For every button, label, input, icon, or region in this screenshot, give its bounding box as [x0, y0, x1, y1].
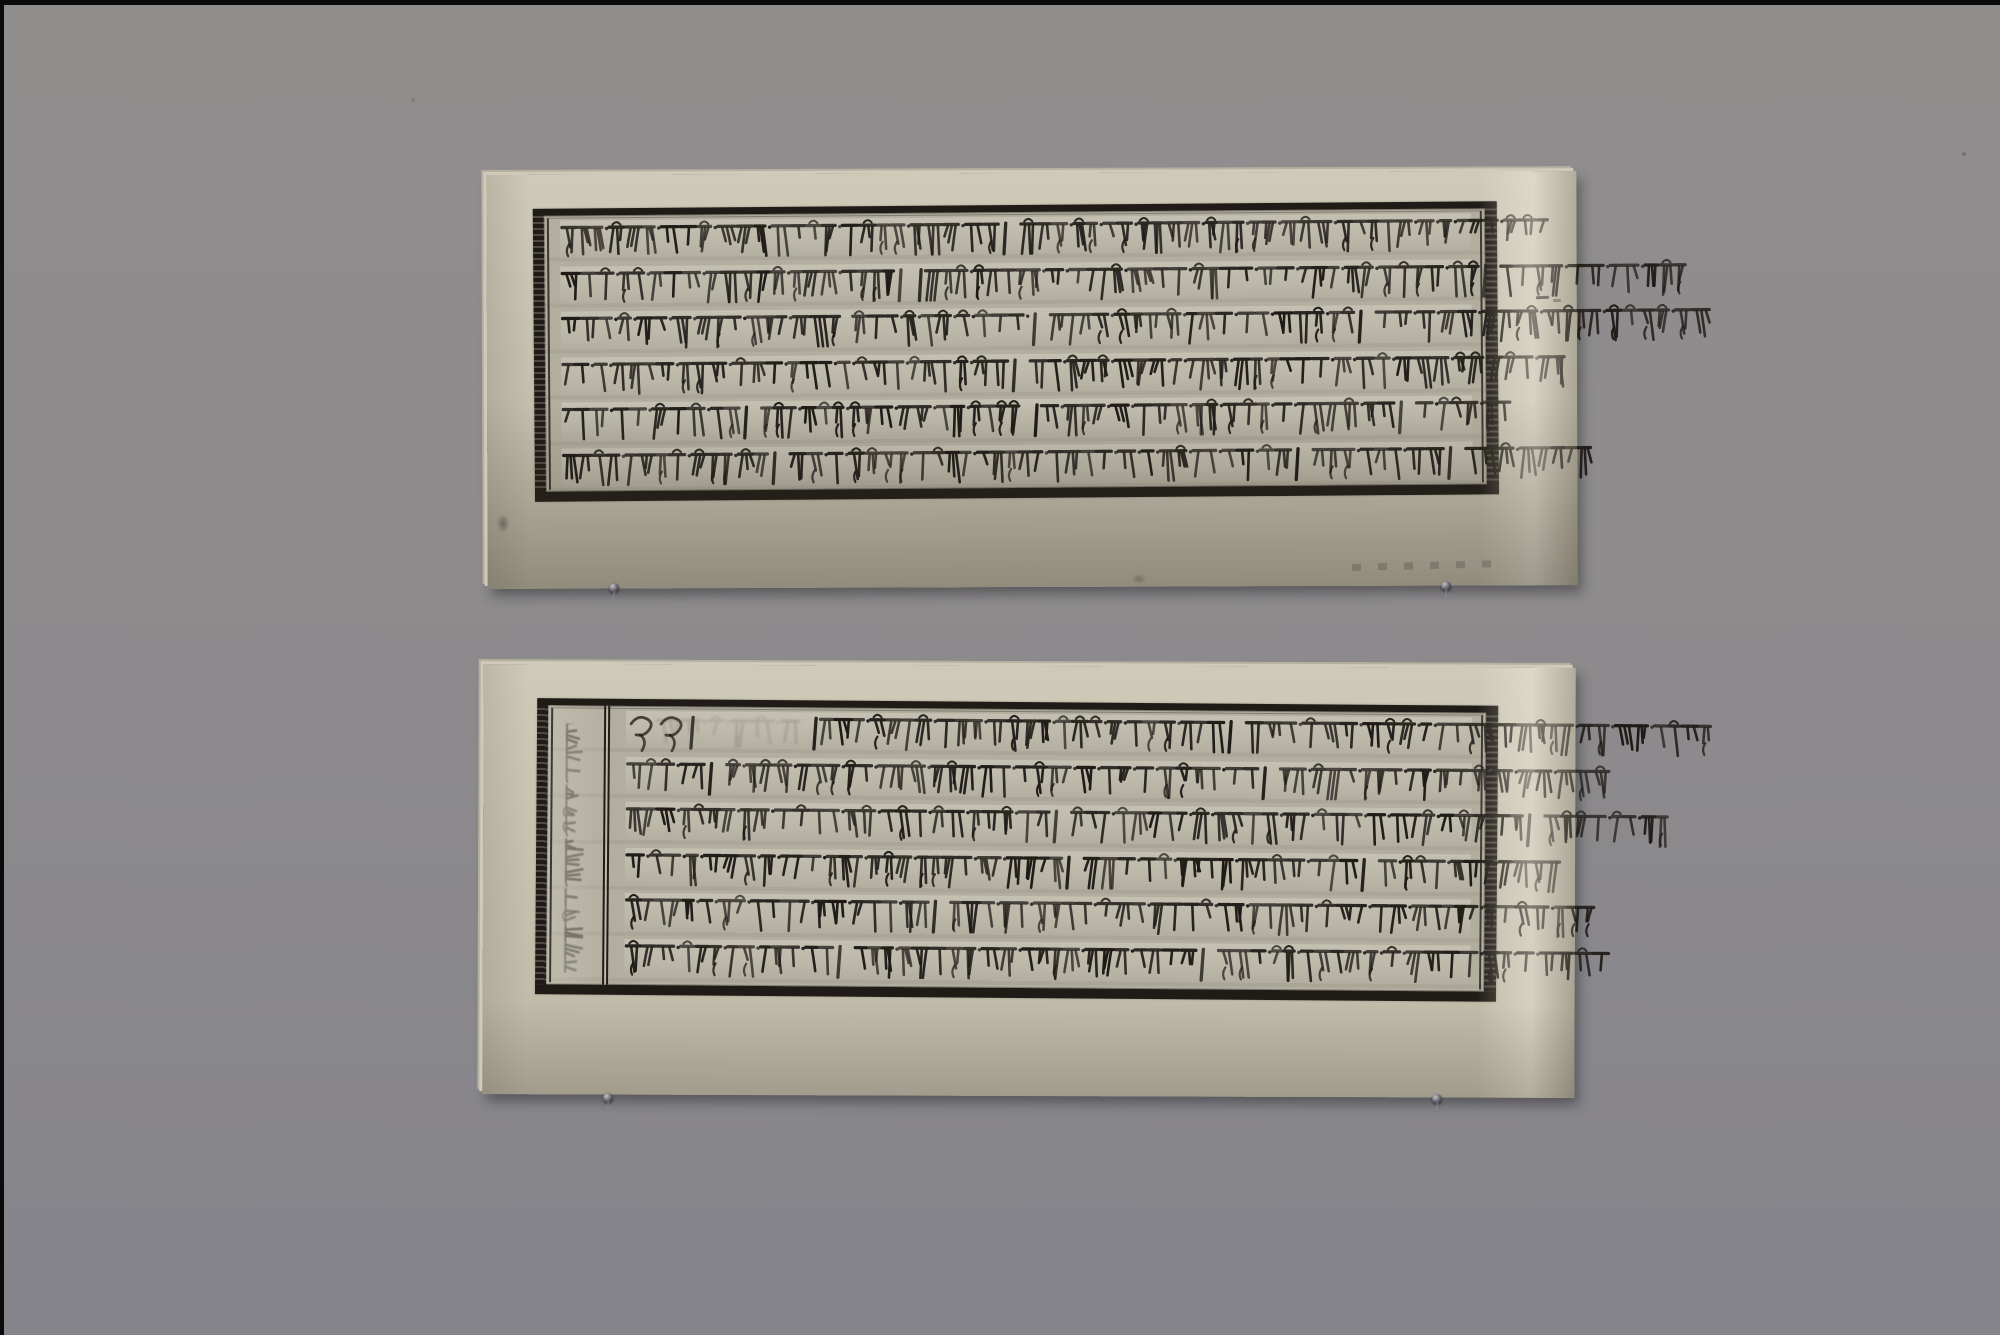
lower-text-block: [608, 706, 1486, 992]
text-line: [624, 893, 1470, 945]
push-pin: [1441, 581, 1451, 591]
text-line: [561, 350, 1472, 403]
upper-folio: [486, 171, 1577, 589]
text-line: [561, 396, 1472, 449]
lower-print-frame: [535, 698, 1498, 1002]
upper-text-block: [544, 208, 1487, 494]
woodblock-border-hatch: [1485, 208, 1499, 484]
scan-edge-top: [0, 0, 2000, 5]
push-pin: [1432, 1094, 1442, 1104]
text-line: [560, 259, 1471, 312]
text-line: [562, 441, 1473, 494]
text-line: [625, 756, 1471, 808]
pencil-dash: [1553, 299, 1561, 302]
dust-speck: [411, 98, 415, 102]
text-line: [624, 939, 1470, 991]
lower-folio: [482, 664, 1575, 1098]
scan-edge-left: [0, 0, 4, 1335]
pencil-dash: [1536, 296, 1549, 299]
push-pin: [609, 583, 619, 593]
upper-print-frame: [533, 201, 1499, 502]
left-title-margin: [546, 705, 610, 984]
text-line: [625, 848, 1471, 900]
dust-speck: [1962, 152, 1966, 156]
text-line: [561, 305, 1472, 358]
text-line: [560, 213, 1471, 266]
pencil-smudge: [497, 515, 509, 533]
push-pin: [603, 1093, 613, 1103]
photograph-of-manuscripts: [0, 0, 2000, 1335]
margin-title-text: [561, 723, 589, 973]
woodblock-border-hatch: [1484, 713, 1498, 992]
set-off-ghost-text: [655, 714, 800, 755]
edge-smudge: [1132, 574, 1146, 584]
text-line: [625, 802, 1471, 854]
